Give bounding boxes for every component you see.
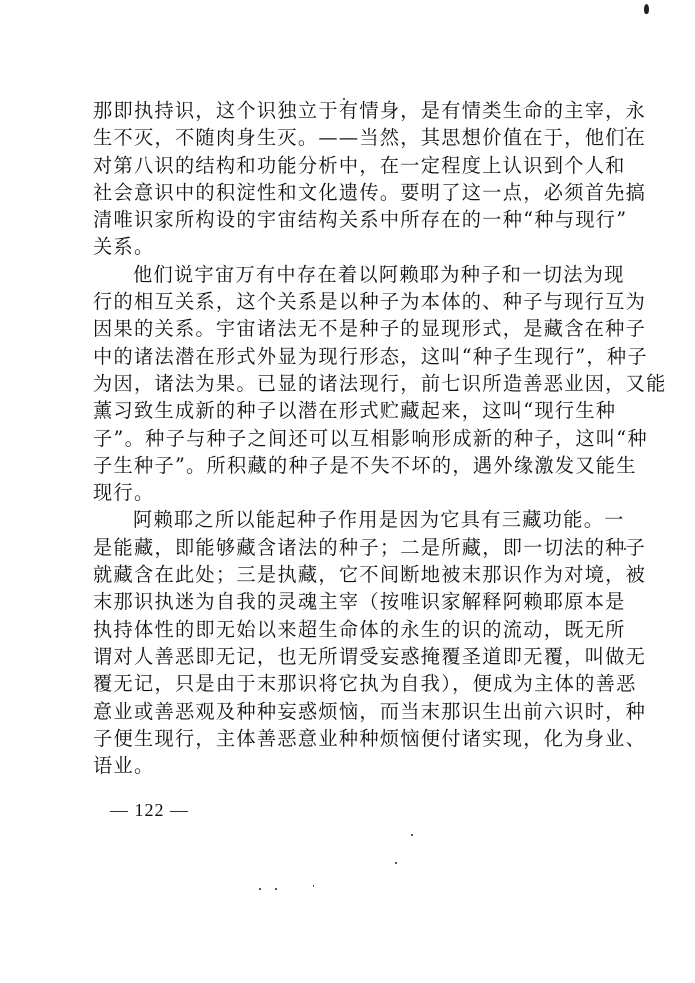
scan-speck: [313, 885, 314, 887]
text-line: 执持体性的即无始以来超生命体的永生的识的流动，既无所: [93, 616, 613, 643]
text-line: 子”。种子与种子之间还可以互相影响形成新的种子，这叫“种: [93, 425, 613, 452]
text-line: 现行。: [93, 479, 613, 506]
text-line: 行的相互关系，这个关系是以种子为本体的、种子与现行互为: [93, 288, 613, 315]
text-line: 那即执持识，这个识独立于有情身，是有情类生命的主宰，永: [93, 97, 613, 124]
scan-speck: [275, 888, 277, 890]
scan-speck: [343, 98, 345, 100]
text-line: 子生种子”。所积藏的种子是不失不坏的，遇外缘激发又能生: [93, 452, 613, 479]
text-line: 关系。: [93, 233, 613, 260]
text-line: 生不灭，不随肉身生灭。——当然，其思想价值在于，他们在: [93, 124, 613, 151]
body-text: 那即执持识，这个识独立于有情身，是有情类生命的主宰，永 生不灭，不随肉身生灭。—…: [93, 97, 613, 779]
text-line: 意业或善恶观及种种妄惑烦恼，而当末那识生出前六识时，种: [93, 698, 613, 725]
text-line: 清唯识家所构设的宇宙结构关系中所存在的一种“种与现行”: [93, 206, 613, 233]
text-line: 谓对人善恶即无记，也无所谓受妄惑掩覆圣道即无覆，叫做无: [93, 643, 613, 670]
paragraph: 他们说宇宙万有中存在着以阿赖耶为种子和一切法为现 行的相互关系，这个关系是以种子…: [93, 261, 613, 507]
scan-speck: [411, 834, 413, 836]
scan-speck: [395, 862, 397, 864]
text-line: 因果的关系。宇宙诸法无不是种子的显现形式，是藏含在种子: [93, 315, 613, 342]
scan-speck: [612, 742, 614, 744]
text-line: 是能藏，即能够藏含诸法的种子；二是所藏，即一切法的种子: [93, 534, 613, 561]
text-line: 中的诸法潜在形式外显为现行形态，这叫“种子生现行”，种子: [93, 343, 613, 370]
text-line: 覆无记，只是由于末那识将它执为自我），便成为主体的善恶: [93, 670, 613, 697]
text-line: 他们说宇宙万有中存在着以阿赖耶为种子和一切法为现: [93, 261, 613, 288]
scan-speck: [259, 888, 261, 890]
book-page: 那即执持识，这个识独立于有情身，是有情类生命的主宰，永 生不灭，不随肉身生灭。—…: [0, 0, 695, 983]
text-line: 末那识执迷为自我的灵魂主宰（按唯识家解释阿赖耶原本是: [93, 588, 613, 615]
paragraph: 阿赖耶之所以能起种子作用是因为它具有三藏功能。一 是能藏，即能够藏含诸法的种子；…: [93, 506, 613, 779]
text-line: 薰习致生成新的种子以潜在形式贮藏起来，这叫“现行生种: [93, 397, 613, 424]
text-line: 语业。: [93, 752, 613, 779]
text-line: 子便生现行，主体善恶意业种种烦恼便付诸实现，化为身业、: [93, 725, 613, 752]
scan-speck: [644, 4, 649, 14]
text-line: 阿赖耶之所以能起种子作用是因为它具有三藏功能。一: [93, 506, 613, 533]
paragraph: 那即执持识，这个识独立于有情身，是有情类生命的主宰，永 生不灭，不随肉身生灭。—…: [93, 97, 613, 261]
text-line: 对第八识的结构和功能分析中，在一定程度上认识到个人和: [93, 152, 613, 179]
text-line: 为因，诸法为果。已显的诸法现行，前七识所造善恶业因，又能: [93, 370, 613, 397]
text-line: 就藏含在此处；三是执藏，它不间断地被末那识作为对境，被: [93, 561, 613, 588]
scan-speck: [625, 127, 627, 129]
scan-speck: [624, 548, 626, 550]
scan-speck: [621, 191, 623, 194]
page-number: — 122 —: [110, 800, 189, 821]
text-line: 社会意识中的积淀性和文化遗传。要明了这一点，必须首先搞: [93, 179, 613, 206]
